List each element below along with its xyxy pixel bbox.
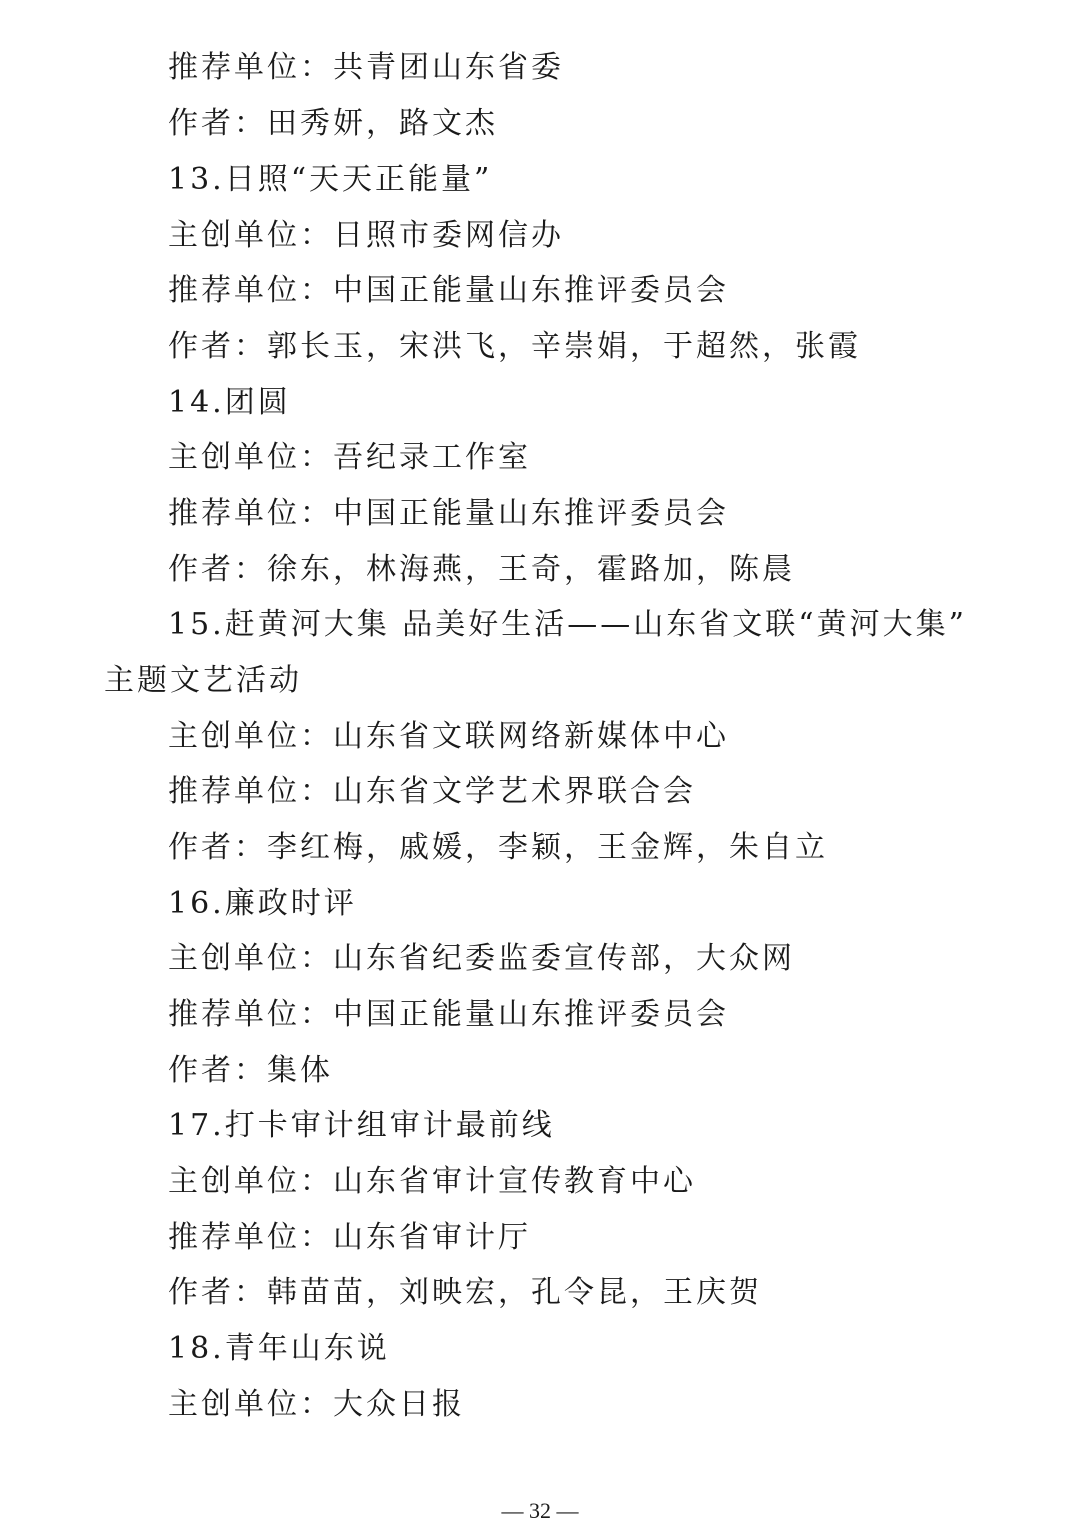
entry-title-15-continued: 主题文艺活动 [104,653,302,709]
author-line: 作者：徐东，林海燕，王奇，霍路加，陈晨 [168,542,795,598]
entry-title-17: 17.打卡审计组审计最前线 [168,1098,555,1154]
entry-title-16: 16.廉政时评 [168,876,357,932]
entry-title-18: 18.青年山东说 [168,1321,390,1377]
author-line: 作者：李红梅，戚媛，李颖，王金辉，朱自立 [168,820,828,876]
recommender-line: 推荐单位：共青团山东省委 [168,40,564,96]
recommender-line: 推荐单位：中国正能量山东推评委员会 [168,486,729,542]
producer-line: 主创单位：山东省纪委监委宣传部，大众网 [168,931,795,987]
page-number: — 32 — [0,1498,1080,1524]
entry-title-15: 15.赶黄河大集 品美好生活——山东省文联“黄河大集” [168,597,967,653]
document-page: 推荐单位：共青团山东省委 作者：田秀妍，路文杰 13.日照“天天正能量” 主创单… [0,0,1080,1536]
entry-title-14: 14.团圆 [168,375,291,431]
producer-line: 主创单位：山东省文联网络新媒体中心 [168,709,729,765]
producer-line: 主创单位：吾纪录工作室 [168,430,531,486]
recommender-line: 推荐单位：山东省审计厅 [168,1210,531,1266]
recommender-line: 推荐单位：中国正能量山东推评委员会 [168,987,729,1043]
producer-line: 主创单位：大众日报 [168,1377,465,1433]
entry-title-13: 13.日照“天天正能量” [168,152,492,208]
producer-line: 主创单位：日照市委网信办 [168,208,564,264]
recommender-line: 推荐单位：中国正能量山东推评委员会 [168,263,729,319]
author-line: 作者：田秀妍，路文杰 [168,96,498,152]
producer-line: 主创单位：山东省审计宣传教育中心 [168,1154,696,1210]
author-line: 作者：集体 [168,1043,333,1099]
author-line: 作者：郭长玉，宋洪飞，辛崇娟，于超然，张霞 [168,319,861,375]
author-line: 作者：韩苗苗，刘映宏，孔令昆，王庆贺 [168,1265,762,1321]
recommender-line: 推荐单位：山东省文学艺术界联合会 [168,764,696,820]
